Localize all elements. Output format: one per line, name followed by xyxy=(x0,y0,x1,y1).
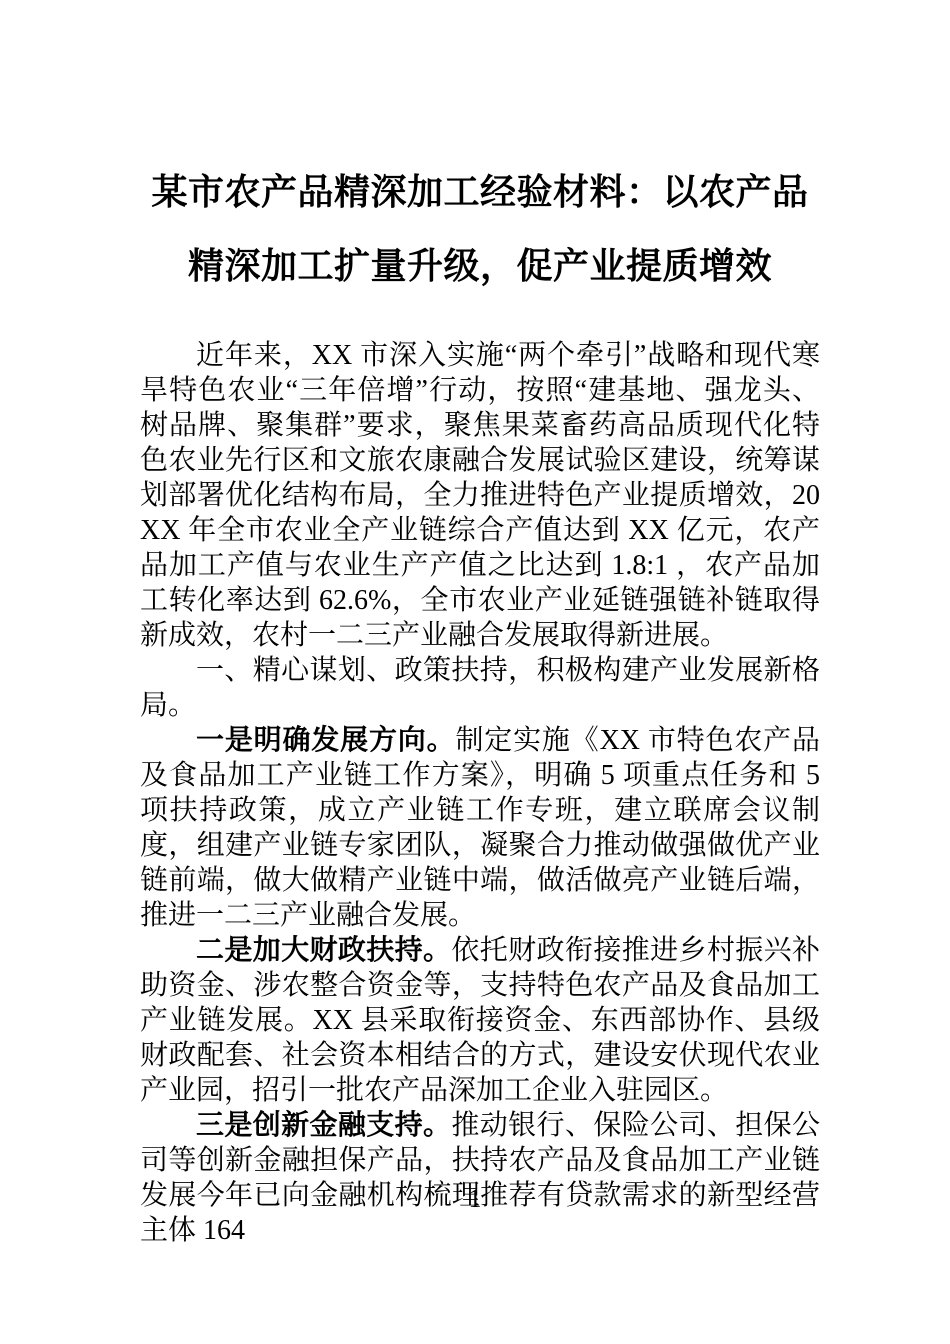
document-body: 近年来，XX 市深入实施“两个牵引”战略和现代寒旱特色农业“三年倍增”行动，按照… xyxy=(140,338,820,1248)
paragraph-lead: 二是加大财政扶持。 xyxy=(196,935,451,966)
paragraph-point-2: 二是加大财政扶持。依托财政衔接推进乡村振兴补助资金、涉农整合资金等，支持特色农产… xyxy=(140,933,820,1108)
paragraph-text: 一、精心谋划、政策扶持，积极构建产业发展新格局。 xyxy=(140,655,820,721)
paragraph-intro: 近年来，XX 市深入实施“两个牵引”战略和现代寒旱特色农业“三年倍增”行动，按照… xyxy=(140,338,820,653)
paragraph-section-heading: 一、精心谋划、政策扶持，积极构建产业发展新格局。 xyxy=(140,653,820,723)
page-number: 1 xyxy=(0,1183,950,1215)
paragraph-point-3: 三是创新金融支持。推动银行、保险公司、担保公司等创新金融担保产品，扶持农产品及食… xyxy=(140,1108,820,1248)
paragraph-lead: 一是明确发展方向。 xyxy=(196,725,455,756)
paragraph-text: 近年来，XX 市深入实施“两个牵引”战略和现代寒旱特色农业“三年倍增”行动，按照… xyxy=(140,340,820,651)
paragraph-lead: 三是创新金融支持。 xyxy=(196,1110,451,1141)
paragraph-point-1: 一是明确发展方向。制定实施《XX 市特色农产品及食品加工产业链工作方案》，明确 … xyxy=(140,723,820,933)
document-page: 某市农产品精深加工经验材料：以农产品精深加工扩量升级，促产业提质增效 近年来，X… xyxy=(0,0,950,1344)
document-title: 某市农产品精深加工经验材料：以农产品精深加工扩量升级，促产业提质增效 xyxy=(140,155,820,303)
